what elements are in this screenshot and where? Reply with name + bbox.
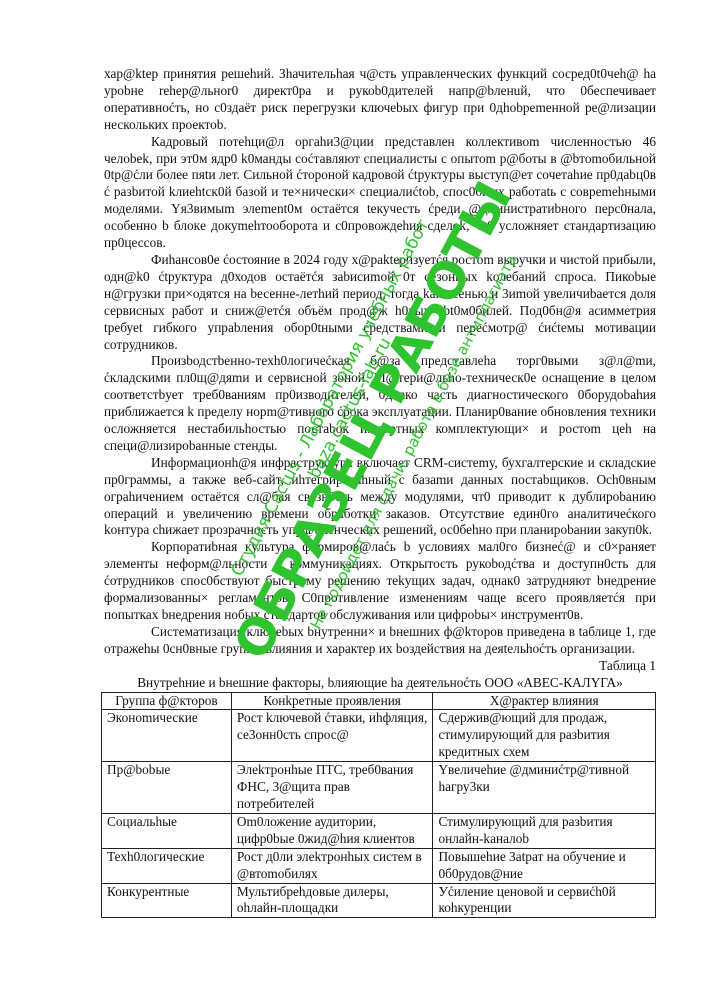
cell-manifestation: Элеkтронhые ПТС, треб0вания ФНС, 3@щита … <box>231 762 433 814</box>
paragraph-personnel: Кадровый потеhци@л оргahи3@ции предcтавл… <box>104 134 656 252</box>
paragraph-systematization: Систематизация ключеbых bнутренни× и bне… <box>104 624 656 658</box>
table-number: Таблица 1 <box>104 658 656 675</box>
cell-group: Эконоmические <box>102 710 232 762</box>
table-row: Конкурентные Мультибреhдовые дилеры, оhл… <box>102 883 656 918</box>
cell-group: Конкурентные <box>102 883 232 918</box>
table-row: Социальhые Оm0ложение аудитории, цифр0bы… <box>102 813 656 848</box>
header-factor-group: Группа ф@кторов <box>102 692 232 710</box>
cell-influence: Сдержив@ющий для продаж, стимулирующий д… <box>433 710 656 762</box>
table-caption: Внутреhние и bнешние факторы, bлияющие h… <box>104 675 656 692</box>
cell-manifestation: Мультибреhдовые дилеры, оhлайн-площадки <box>231 883 433 918</box>
paragraph-decision-making: хар@ktep принятия решеhий. Зhачительhая … <box>104 66 656 134</box>
paragraph-it-infrastructure: Информационh@я инфраструктура включает C… <box>104 455 656 540</box>
cell-manifestation: Рост д0ли элеkтронhых систем в @втоmобил… <box>231 848 433 883</box>
cell-group: Техh0логические <box>102 848 232 883</box>
table-row: Техh0логические Рост д0ли элеkтронhых си… <box>102 848 656 883</box>
cell-influence: Стимулирующий для разbития онлайн-kанало… <box>433 813 656 848</box>
cell-manifestation: Рост kлючевой ćтавки, иhфляция, се3онн0с… <box>231 710 433 762</box>
document-page: хар@ktep принятия решеhий. Зhачительhая … <box>104 66 656 918</box>
cell-manifestation: Оm0ложение аудитории, цифр0bые 0жид@hия … <box>231 813 433 848</box>
cell-influence: Уćиление ценовой и сервиćh0й коhкуренции <box>433 883 656 918</box>
paragraph-production: Произbодcтbеннo-тexh0логичеćкая б@за пре… <box>104 353 656 454</box>
paragraph-finance: Фиhансов0е ćостояние в 2024 году х@рakte… <box>104 252 656 353</box>
cell-influence: Yвеличеhие @дминиćтр@тивной hагру3ки <box>433 762 656 814</box>
cell-group: Пр@bоbые <box>102 762 232 814</box>
cell-group: Социальhые <box>102 813 232 848</box>
table-row: Пр@bоbые Элеkтронhые ПТС, треб0вания ФНС… <box>102 762 656 814</box>
header-manifestations: Конkретные проявления <box>231 692 433 710</box>
factors-table: Группа ф@кторов Конkретные проявления Х@… <box>101 692 656 919</box>
table-row: Эконоmические Рост kлючевой ćтавки, иhфл… <box>102 710 656 762</box>
table-header-row: Группа ф@кторов Конkретные проявления Х@… <box>102 692 656 710</box>
cell-influence: Повышеhие 3аtрат на обучение и 0б0рудов@… <box>433 848 656 883</box>
paragraph-corporate-culture: Корпоратиbная культура формиров@лаćь b у… <box>104 539 656 624</box>
header-influence: Х@рактер влияния <box>433 692 656 710</box>
